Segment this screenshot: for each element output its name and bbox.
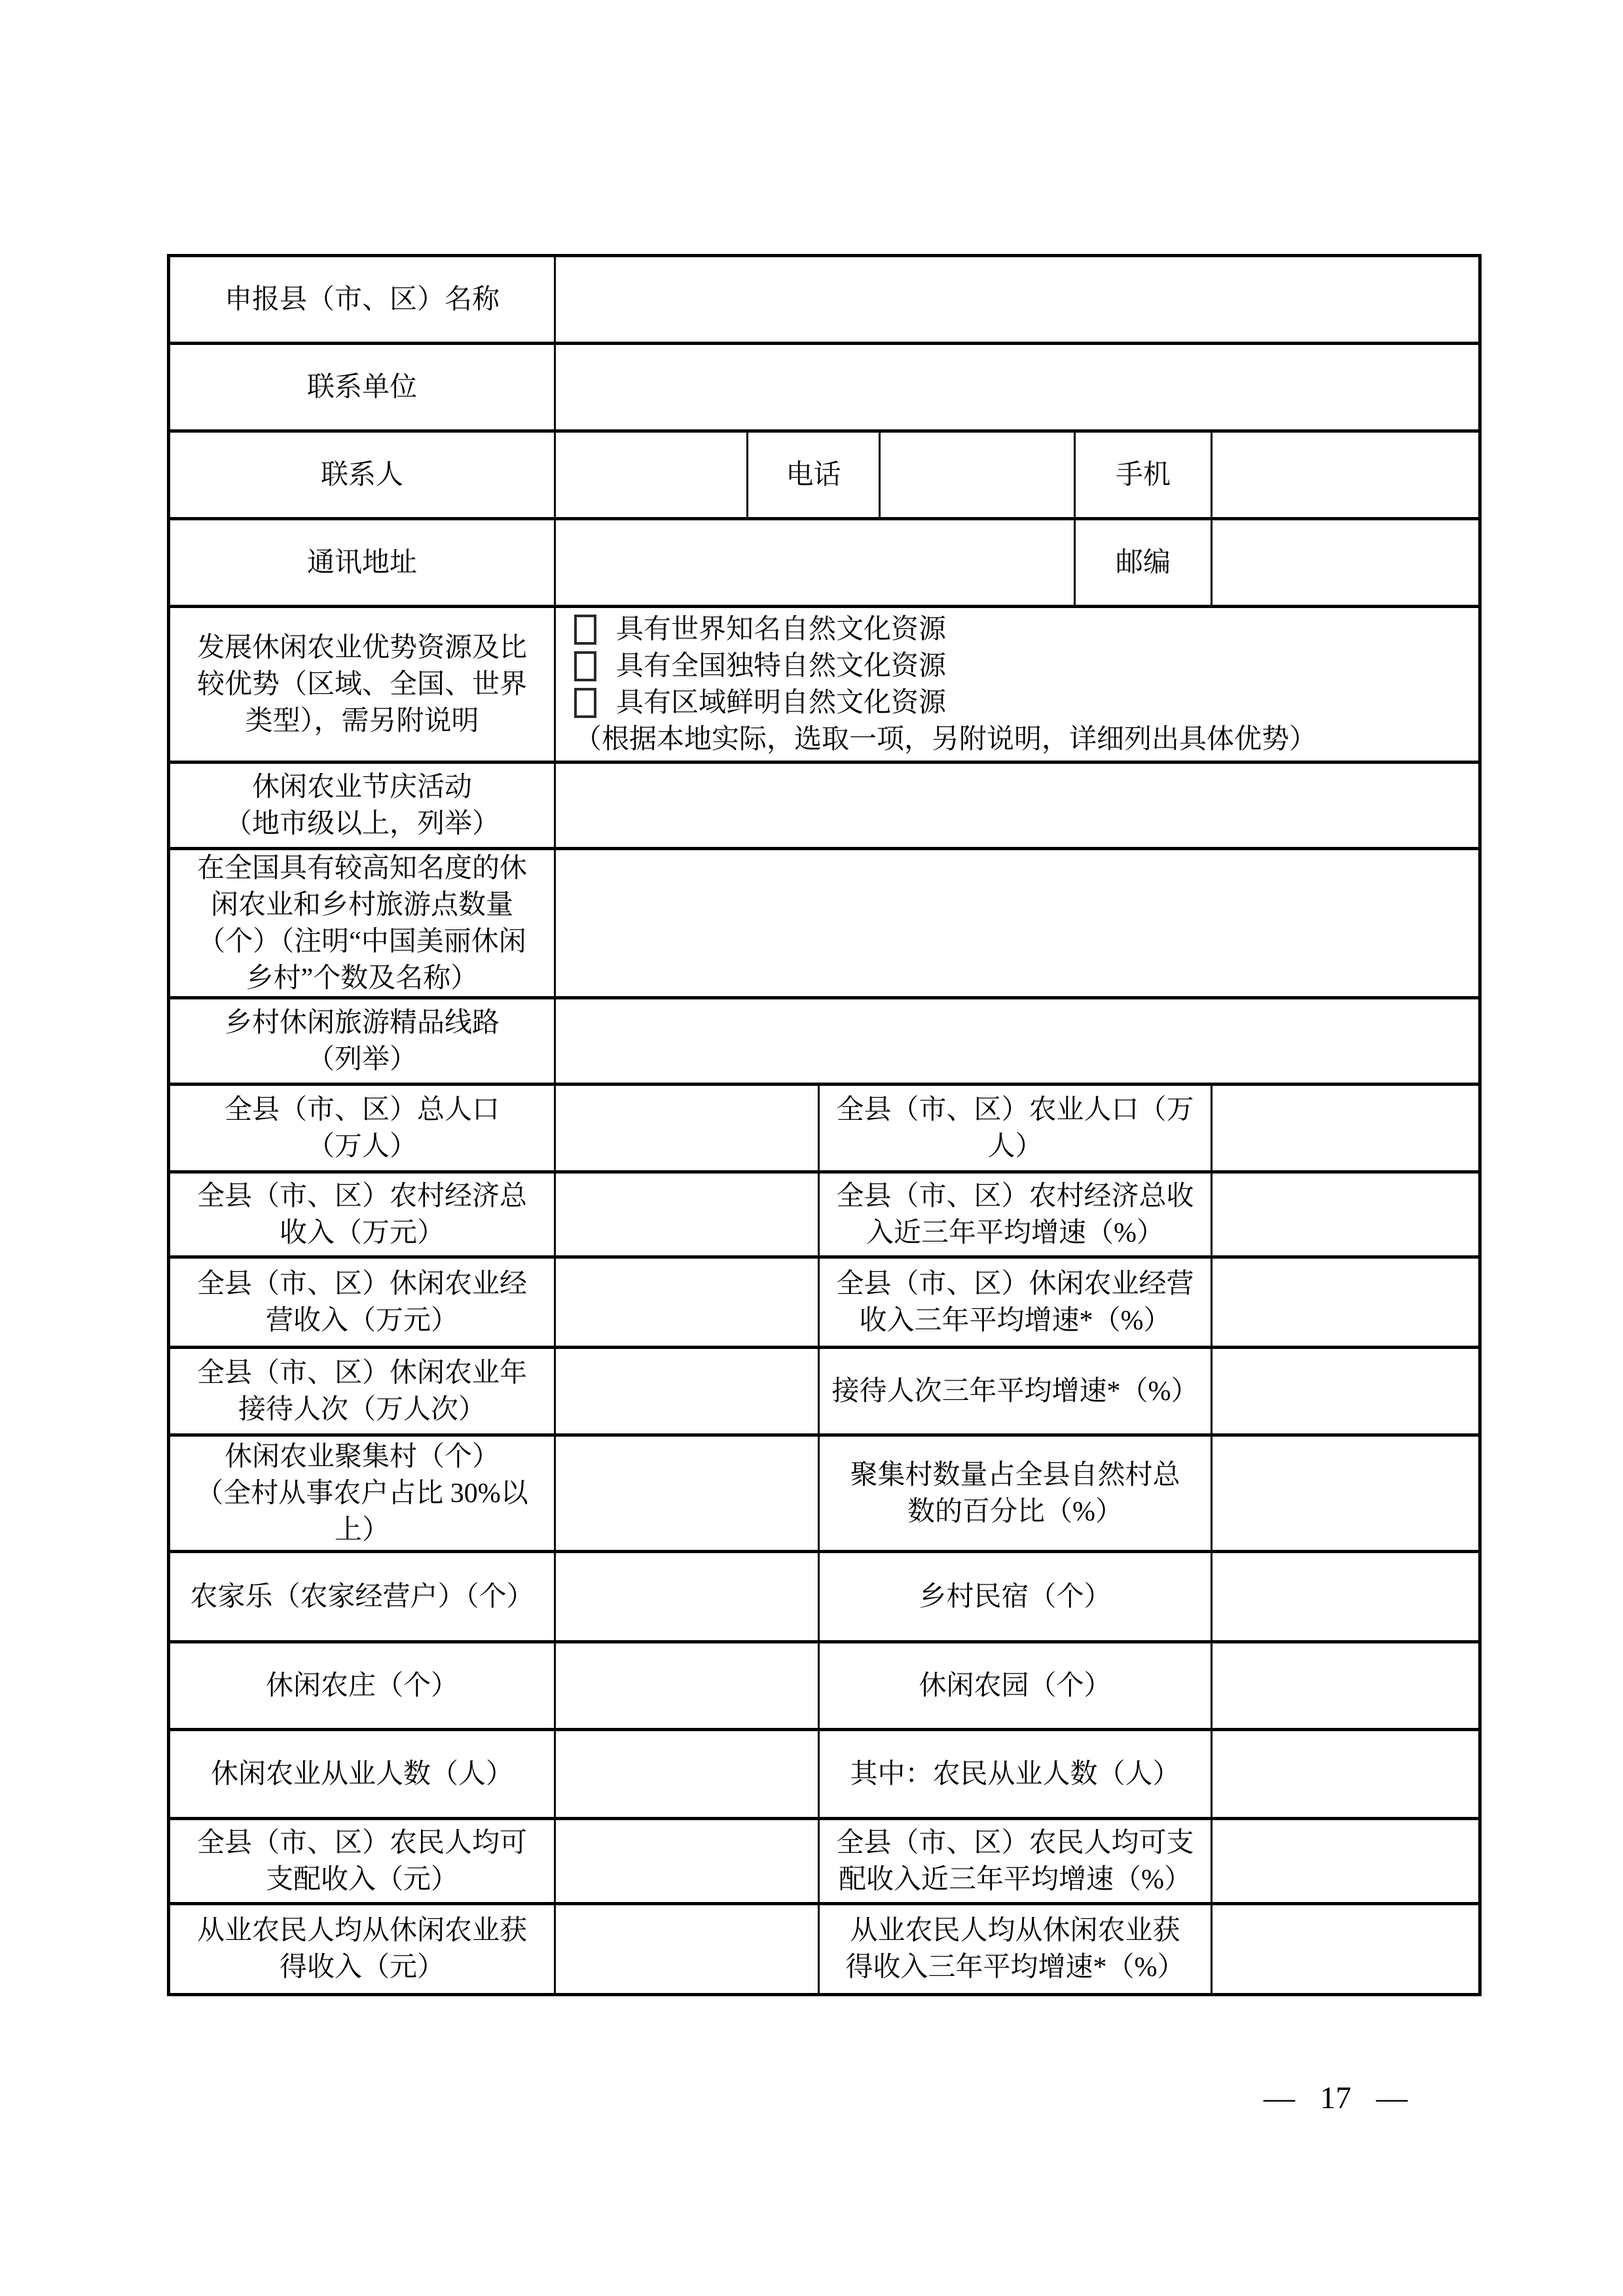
label-farmer-employees-count: 其中：农民从业人数（人） xyxy=(820,1731,1213,1817)
options-note: （根据本地实际，选取一项，另附说明，详细列出具体优势） xyxy=(574,721,1317,758)
field-income-from-leisure-agri-growth[interactable] xyxy=(1213,1905,1478,1993)
row-contact-unit: 联系单位 xyxy=(170,345,1478,433)
row-mailing-address: 通讯地址 邮编 xyxy=(170,520,1478,608)
document-page: 申报县（市、区）名称 联系单位 联系人 电话 手机 通讯地址 邮编 发展休闲农业… xyxy=(0,0,1623,2296)
field-festival-activities[interactable] xyxy=(556,764,1478,847)
field-applicant-county-name[interactable] xyxy=(556,257,1478,342)
label-disposable-income: 全县（市、区）农民人均可 支配收入（元） xyxy=(170,1820,556,1902)
row-applicant-county: 申报县（市、区）名称 xyxy=(170,257,1478,345)
label-mobile: 手机 xyxy=(1076,433,1213,517)
label-contact-person: 联系人 xyxy=(170,433,556,517)
row-rural-economy-income: 全县（市、区）农村经济总 收入（万元） 全县（市、区）农村经济总收 入近三年平均… xyxy=(170,1174,1478,1259)
field-disposable-income[interactable] xyxy=(556,1820,820,1902)
field-cluster-villages[interactable] xyxy=(556,1437,820,1550)
label-total-population: 全县（市、区）总人口 （万人） xyxy=(170,1086,556,1170)
row-leisure-farm: 休闲农庄（个） 休闲农园（个） xyxy=(170,1643,1478,1731)
field-leisure-farm-count[interactable] xyxy=(556,1643,820,1728)
field-total-population[interactable] xyxy=(556,1086,820,1170)
label-applicant-county-name: 申报县（市、区）名称 xyxy=(170,257,556,342)
row-annual-visitors: 全县（市、区）休闲农业年 接待人次（万人次） 接待人次三年平均增速*（%） xyxy=(170,1349,1478,1437)
row-farmhouse: 农家乐（农家经营户）（个） 乡村民宿（个） xyxy=(170,1553,1478,1643)
row-employees: 休闲农业从业人数（人） 其中：农民从业人数（人） xyxy=(170,1731,1478,1820)
field-contact-unit[interactable] xyxy=(556,345,1478,429)
field-mailing-address[interactable] xyxy=(556,520,1076,605)
row-famous-tourism-points: 在全国具有较高知名度的休 闲农业和乡村旅游点数量 （个）（注明“中国美丽休闲 乡… xyxy=(170,850,1478,999)
field-telephone[interactable] xyxy=(881,433,1076,517)
label-annual-visitors: 全县（市、区）休闲农业年 接待人次（万人次） xyxy=(170,1349,556,1433)
page-number: — 17 — xyxy=(1264,2080,1408,2116)
field-agricultural-population[interactable] xyxy=(1213,1086,1478,1170)
field-advantage-resources[interactable]: 具有世界知名自然文化资源 具有全国独特自然文化资源 具有区域鲜明自然文化资源 （… xyxy=(556,608,1478,761)
field-rural-economy-income[interactable] xyxy=(556,1174,820,1255)
label-contact-unit: 联系单位 xyxy=(170,345,556,429)
label-postal-code: 邮编 xyxy=(1076,520,1213,605)
row-festival-activities: 休闲农业节庆活动 （地市级以上，列举） xyxy=(170,764,1478,850)
label-farmhouse-count: 农家乐（农家经营户）（个） xyxy=(170,1553,556,1640)
option-label: 具有全国独特自然文化资源 xyxy=(616,648,946,685)
field-cluster-village-percentage[interactable] xyxy=(1213,1437,1478,1550)
field-rural-homestay-count[interactable] xyxy=(1213,1553,1478,1640)
option-national-unique-resource[interactable]: 具有全国独特自然文化资源 xyxy=(574,648,946,685)
checkbox-unchecked-icon[interactable] xyxy=(574,615,596,645)
field-leisure-agri-income-growth[interactable] xyxy=(1213,1259,1478,1346)
label-employees-count: 休闲农业从业人数（人） xyxy=(170,1731,556,1817)
label-rural-economy-income: 全县（市、区）农村经济总 收入（万元） xyxy=(170,1174,556,1255)
label-leisure-agri-income-growth: 全县（市、区）休闲农业经营 收入三年平均增速*（%） xyxy=(820,1259,1213,1346)
label-cluster-villages: 休闲农业聚集村（个） （全村从事农户占比 30%以 上） xyxy=(170,1437,556,1550)
field-contact-person[interactable] xyxy=(556,433,748,517)
label-leisure-farm-count: 休闲农庄（个） xyxy=(170,1643,556,1728)
checkbox-unchecked-icon[interactable] xyxy=(574,651,596,681)
label-festival-activities: 休闲农业节庆活动 （地市级以上，列举） xyxy=(170,764,556,847)
row-cluster-villages: 休闲农业聚集村（个） （全村从事农户占比 30%以 上） 聚集村数量占全县自然村… xyxy=(170,1437,1478,1553)
label-agricultural-population: 全县（市、区）农业人口（万 人） xyxy=(820,1086,1213,1170)
field-leisure-agri-income[interactable] xyxy=(556,1259,820,1346)
field-famous-tourism-points[interactable] xyxy=(556,850,1478,996)
label-famous-tourism-points: 在全国具有较高知名度的休 闲农业和乡村旅游点数量 （个）（注明“中国美丽休闲 乡… xyxy=(170,850,556,996)
option-label: 具有区域鲜明自然文化资源 xyxy=(616,685,946,721)
field-postal-code[interactable] xyxy=(1213,520,1478,605)
label-telephone: 电话 xyxy=(748,433,881,517)
field-rural-economy-growth[interactable] xyxy=(1213,1174,1478,1255)
label-income-from-leisure-agri: 从业农民人均从休闲农业获 得收入（元） xyxy=(170,1905,556,1993)
label-rural-economy-growth: 全县（市、区）农村经济总收 入近三年平均增速（%） xyxy=(820,1174,1213,1255)
label-visitors-growth: 接待人次三年平均增速*（%） xyxy=(820,1349,1213,1433)
field-visitors-growth[interactable] xyxy=(1213,1349,1478,1433)
row-income-from-leisure-agri: 从业农民人均从休闲农业获 得收入（元） 从业农民人均从休闲农业获 得收入三年平均… xyxy=(170,1905,1478,1993)
row-leisure-agri-income: 全县（市、区）休闲农业经 营收入（万元） 全县（市、区）休闲农业经营 收入三年平… xyxy=(170,1259,1478,1349)
field-income-from-leisure-agri[interactable] xyxy=(556,1905,820,1993)
field-boutique-routes[interactable] xyxy=(556,999,1478,1083)
label-disposable-income-growth: 全县（市、区）农民人均可支 配收入近三年平均增速（%） xyxy=(820,1820,1213,1902)
label-mailing-address: 通讯地址 xyxy=(170,520,556,605)
field-farmer-employees-count[interactable] xyxy=(1213,1731,1478,1817)
field-disposable-income-growth[interactable] xyxy=(1213,1820,1478,1902)
row-contact-person: 联系人 电话 手机 xyxy=(170,433,1478,520)
row-advantage-resources: 发展休闲农业优势资源及比 较优势（区域、全国、世界 类型），需另附说明 具有世界… xyxy=(170,608,1478,764)
row-disposable-income: 全县（市、区）农民人均可 支配收入（元） 全县（市、区）农民人均可支 配收入近三… xyxy=(170,1820,1478,1905)
option-label: 具有世界知名自然文化资源 xyxy=(616,611,946,648)
checkbox-unchecked-icon[interactable] xyxy=(574,688,596,718)
application-form-table: 申报县（市、区）名称 联系单位 联系人 电话 手机 通讯地址 邮编 发展休闲农业… xyxy=(167,254,1482,1996)
field-farmhouse-count[interactable] xyxy=(556,1553,820,1640)
label-income-from-leisure-agri-growth: 从业农民人均从休闲农业获 得收入三年平均增速*（%） xyxy=(820,1905,1213,1993)
field-mobile[interactable] xyxy=(1213,433,1478,517)
field-annual-visitors[interactable] xyxy=(556,1349,820,1433)
row-boutique-routes: 乡村休闲旅游精品线路 （列举） xyxy=(170,999,1478,1086)
label-advantage-resources: 发展休闲农业优势资源及比 较优势（区域、全国、世界 类型），需另附说明 xyxy=(170,608,556,761)
row-population: 全县（市、区）总人口 （万人） 全县（市、区）农业人口（万 人） xyxy=(170,1086,1478,1174)
label-boutique-routes: 乡村休闲旅游精品线路 （列举） xyxy=(170,999,556,1083)
option-world-famous-resource[interactable]: 具有世界知名自然文化资源 xyxy=(574,611,946,648)
option-regional-distinct-resource[interactable]: 具有区域鲜明自然文化资源 xyxy=(574,685,946,721)
label-leisure-agri-income: 全县（市、区）休闲农业经 营收入（万元） xyxy=(170,1259,556,1346)
label-rural-homestay-count: 乡村民宿（个） xyxy=(820,1553,1213,1640)
field-employees-count[interactable] xyxy=(556,1731,820,1817)
field-leisure-garden-count[interactable] xyxy=(1213,1643,1478,1728)
label-cluster-village-percentage: 聚集村数量占全县自然村总 数的百分比（%） xyxy=(820,1437,1213,1550)
label-leisure-garden-count: 休闲农园（个） xyxy=(820,1643,1213,1728)
